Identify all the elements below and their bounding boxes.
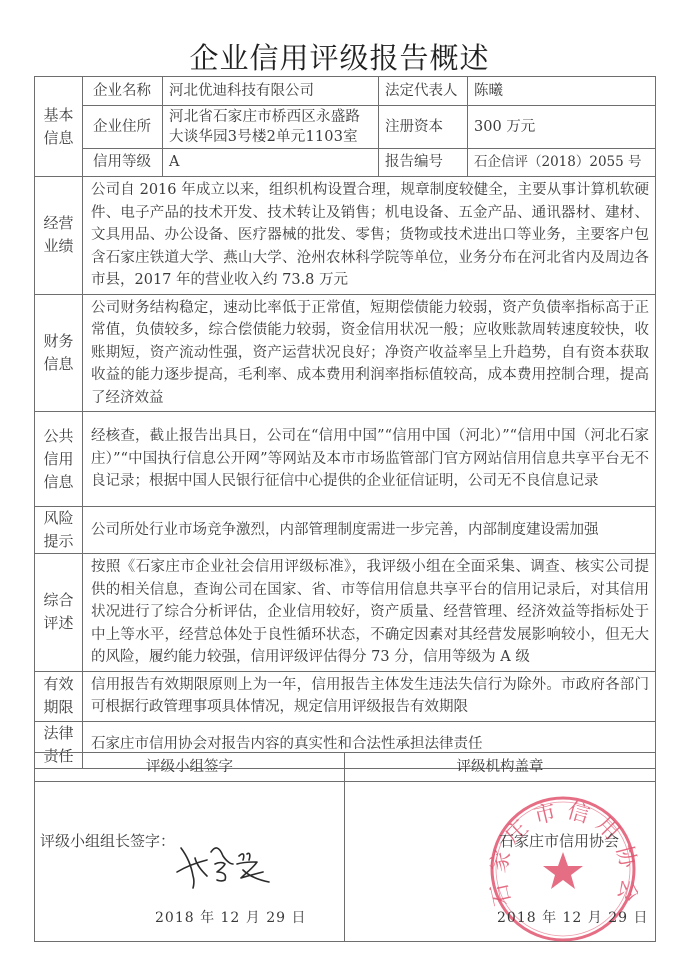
field-label-legal-rep: 法定代表人: [379, 77, 468, 106]
rating-team-signature-cell: 评级小组组长签字： 2018 年 12 月 29 日: [35, 782, 345, 942]
field-value-report-number: 石企信评（2018）2055 号: [468, 149, 656, 177]
signature-body-row: 评级小组组长签字： 2018 年 12 月 29 日: [35, 782, 656, 942]
rating-agency-name: 石家庄市信用协会: [499, 830, 619, 853]
section-row-public-credit: 公共信用信息 经核查，截止报告出具日，公司在“信用中国”“信用中国（河北）”“信…: [35, 412, 656, 507]
signature-header-row: 评级小组签字 评级机构盖章: [35, 753, 656, 782]
section-text: 经核查，截止报告出具日，公司在“信用中国”“信用中国（河北）”“信用中国（河北石…: [83, 412, 656, 507]
field-value-company-name: 河北优迪科技有限公司: [163, 77, 379, 106]
section-text: 公司自 2016 年成立以来，组织机构设置合理，规章制度较健全，主要从事计算机软…: [83, 177, 656, 295]
agency-seal-date: 2018 年 12 月 29 日: [497, 907, 649, 930]
section-row-financial-info: 财务信息 公司财务结构稳定，速动比率低于正常值，短期偿债能力较弱，资产负债率指标…: [35, 294, 656, 412]
team-signature-date: 2018 年 12 月 29 日: [155, 907, 307, 930]
field-label-registered-capital: 注册资本: [379, 106, 468, 149]
field-label-credit-grade: 信用等级: [83, 149, 163, 177]
team-leader-signature-label: 评级小组组长签字：: [40, 830, 175, 853]
section-label: 有效期限: [35, 671, 83, 721]
field-label-address: 企业住所: [83, 106, 163, 149]
section-row-validity: 有效期限 信用报告有效期限原则上为一年，信用报告主体发生违法失信行为除外。市政府…: [35, 671, 656, 721]
section-label: 风险提示: [35, 507, 83, 554]
section-label: 综合评述: [35, 554, 83, 672]
section-text: 公司财务结构稳定，速动比率低于正常值，短期偿债能力较弱，资产负债率指标高于正常值…: [83, 294, 656, 412]
signature-table: 评级小组签字 评级机构盖章 评级小组组长签字：: [34, 752, 656, 942]
basic-info-row: 信用等级 A 报告编号 石企信评（2018）2055 号: [35, 149, 656, 177]
section-text: 按照《石家庄市企业社会信用评级标准》，我评级小组在全面采集、调查、核实公司提供的…: [83, 554, 656, 672]
basic-info-row: 企业住所 河北省石家庄市桥西区永盛路大谈华园3号楼2单元1103室 注册资本 3…: [35, 106, 656, 149]
basic-info-row: 基本信息 企业名称 河北优迪科技有限公司 法定代表人 陈曦: [35, 77, 656, 106]
field-label-company-name: 企业名称: [83, 77, 163, 106]
section-text: 公司所处行业市场竞争激烈，内部管理制度需进一步完善，内部制度建设需加强: [83, 507, 656, 554]
field-value-legal-rep: 陈曦: [468, 77, 656, 106]
section-label-basic-info: 基本信息: [35, 77, 83, 177]
field-label-report-number: 报告编号: [379, 149, 468, 177]
handwritten-signature-icon: [173, 842, 283, 892]
section-label: 公共信用信息: [35, 412, 83, 507]
field-value-registered-capital: 300 万元: [468, 106, 656, 149]
section-row-summary: 综合评述 按照《石家庄市企业社会信用评级标准》，我评级小组在全面采集、调查、核实…: [35, 554, 656, 672]
report-table: 基本信息 企业名称 河北优迪科技有限公司 法定代表人 陈曦 企业住所 河北省石家…: [34, 76, 656, 769]
section-row-business-performance: 经营业绩 公司自 2016 年成立以来，组织机构设置合理，规章制度较健全，主要从…: [35, 177, 656, 295]
section-label: 财务信息: [35, 294, 83, 412]
section-label: 经营业绩: [35, 177, 83, 295]
rating-agency-seal-header: 评级机构盖章: [345, 753, 656, 782]
section-row-risk-warning: 风险提示 公司所处行业市场竞争激烈，内部管理制度需进一步完善，内部制度建设需加强: [35, 507, 656, 554]
field-value-credit-grade: A: [163, 149, 379, 177]
rating-team-signature-header: 评级小组签字: [35, 753, 345, 782]
section-text: 信用报告有效期限原则上为一年，信用报告主体发生违法失信行为除外。市政府各部门可根…: [83, 671, 656, 721]
page-title: 企业信用评级报告概述: [0, 36, 679, 77]
rating-agency-seal-cell: 石家庄市信用协会 石家庄市信用协会 2018 年 12 月 29 日: [345, 782, 656, 942]
field-value-address: 河北省石家庄市桥西区永盛路大谈华园3号楼2单元1103室: [163, 106, 379, 149]
